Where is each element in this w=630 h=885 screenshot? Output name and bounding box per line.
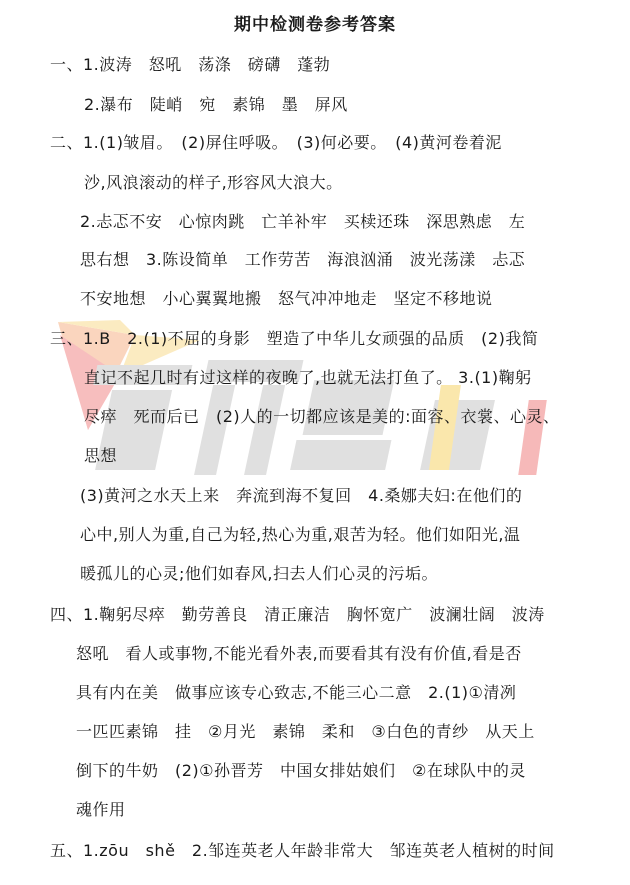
answer-line: 暖孤儿的心灵;他们如春风,扫去人们心灵的污垢。 (80, 561, 438, 584)
answer-line: 思右想 3.陈设简单 工作劳苦 海浪汹涌 波光荡漾 忐忑 (80, 247, 525, 270)
answer-line: 魂作用 (76, 797, 126, 820)
answer-line: 三、1.B 2.(1)不屈的身影 塑造了中华儿女顽强的品质 (2)我简 (50, 326, 538, 349)
answer-line: 五、1.zōu shě 2.邹连英老人年龄非常大 邹连英老人植树的时间 (50, 838, 555, 861)
answer-line: 具有内在美 做事应该专心致志,不能三心二意 2.(1)①清冽 (76, 680, 516, 703)
answer-line: 二、1.(1)皱眉。 (2)屏住呼吸。 (3)何必要。 (4)黄河卷着泥 (50, 130, 502, 153)
answer-line: (3)黄河之水天上来 奔流到海不复回 4.桑娜夫妇:在他们的 (80, 483, 522, 506)
answer-line: 2.忐忑不安 心惊肉跳 亡羊补牢 买椟还珠 深思熟虑 左 (80, 209, 525, 232)
answer-line: 2.瀑布 陡峭 宛 素锦 墨 屏风 (84, 92, 348, 115)
answer-line: 心中,别人为重,自己为轻,热心为重,艰苦为轻。他们如阳光,温 (80, 522, 520, 545)
answer-line: 怒吼 看人或事物,不能光看外表,而要看其有没有价值,看是否 (76, 641, 522, 664)
answer-line: 倒下的牛奶 (2)①孙晋芳 中国女排姑娘们 ②在球队中的灵 (76, 758, 526, 781)
answer-line: 直记不起几时有过这样的夜晚了,也就无法打鱼了。 3.(1)鞠躬 (84, 365, 532, 388)
answer-line: 一、1.波涛 怒吼 荡涤 磅礴 蓬勃 (50, 52, 330, 75)
answer-line: 一匹匹素锦 挂 ②月光 素锦 柔和 ③白色的青纱 从天上 (76, 719, 535, 742)
answer-line: 四、1.鞠躬尽瘁 勤劳善良 清正廉洁 胸怀宽广 波澜壮阔 波涛 (50, 602, 545, 625)
answer-line: 尽瘁 死而后已 (2)人的一切都应该是美的:面容、衣裳、心灵、 (84, 404, 560, 427)
answer-line: 不安地想 小心翼翼地搬 怒气冲冲地走 坚定不移地说 (80, 286, 493, 309)
document-title: 期中检测卷参考答案 (0, 10, 630, 35)
answer-line: 沙,风浪滚动的样子,形容风大浪大。 (84, 170, 343, 193)
answer-line: 思想 (84, 443, 117, 466)
